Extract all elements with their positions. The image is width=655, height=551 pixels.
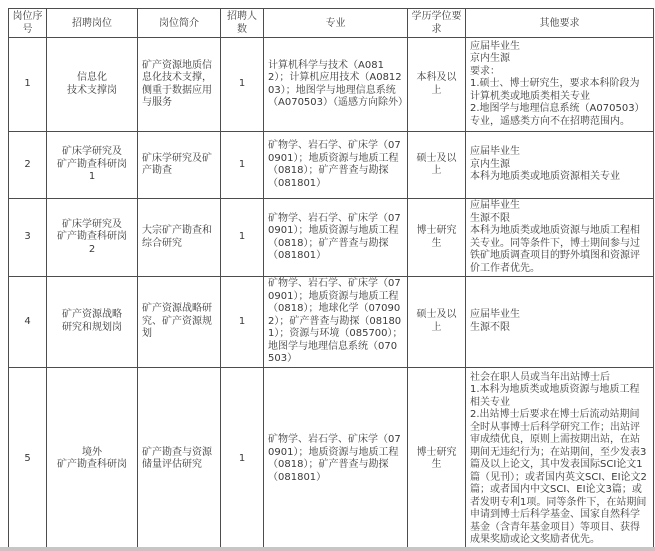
cell-degree: 博士研究生	[408, 199, 466, 277]
header-degree: 学历学位要求	[408, 9, 466, 38]
cell-degree: 博士研究生	[408, 367, 466, 551]
cell-major: 计算机科学与技术（A0812）；计算机应用技术（A081203）；地图学与地理信…	[264, 38, 408, 132]
cell-post-title: 矿床学研究及 矿产勘查科研岗 1	[47, 132, 138, 199]
cell-post-title: 境外 矿产勘查科研岗	[47, 367, 138, 551]
cell-post-desc: 矿产资源战略研究、矿产资源规划	[138, 277, 221, 368]
table-row: 4 矿产资源战略 研究和规划岗 矿产资源战略研究、矿产资源规划 1 矿物学、岩石…	[9, 277, 654, 368]
cell-other-requirements: 应届毕业生 京内生源 要求： 1.硕士、博士研究生，要求本科阶段为计算机类或地质…	[466, 38, 654, 132]
recruitment-table-container: 岗位序号 招聘岗位 岗位简介 招聘人数 专业 学历学位要求 其他要求 1 信息化…	[8, 8, 654, 551]
table-row: 3 矿床学研究及 矿产勘查科研岗 2 大宗矿产勘查和综合研究 1 矿物学、岩石学…	[9, 199, 654, 277]
cell-headcount: 1	[221, 38, 264, 132]
cell-post-title: 矿床学研究及 矿产勘查科研岗 2	[47, 199, 138, 277]
cell-post-desc: 矿床学研究及矿产勘查	[138, 132, 221, 199]
cell-other-requirements: 社会在职人员或当年出站博士后 1.本科为地质类或地质资源与地质工程相关专业 2.…	[466, 367, 654, 551]
cell-degree: 本科及以上	[408, 38, 466, 132]
cell-major: 矿物学、岩石学、矿床学（070901）；地质资源与地质工程（0818）；矿产普查…	[264, 199, 408, 277]
cell-post-no: 5	[9, 367, 47, 551]
table-row: 1 信息化 技术支撑岗 矿产资源地质信息化技术支撑，侧重于数据应用与服务 1 计…	[9, 38, 654, 132]
cell-other-requirements: 应届毕业生 生源不限	[466, 277, 654, 368]
cell-other-requirements: 应届毕业生 京内生源 本科为地质类或地质资源相关专业	[466, 132, 654, 199]
header-post-title: 招聘岗位	[47, 9, 138, 38]
header-major: 专业	[264, 9, 408, 38]
header-post-desc: 岗位简介	[138, 9, 221, 38]
cell-post-desc: 大宗矿产勘查和综合研究	[138, 199, 221, 277]
cell-headcount: 1	[221, 367, 264, 551]
cell-post-title: 矿产资源战略 研究和规划岗	[47, 277, 138, 368]
cell-post-no: 1	[9, 38, 47, 132]
cell-post-desc: 矿产资源地质信息化技术支撑，侧重于数据应用与服务	[138, 38, 221, 132]
cell-post-no: 3	[9, 199, 47, 277]
cell-post-no: 4	[9, 277, 47, 368]
cell-other-requirements: 应届毕业生 生源不限 本科为地质类或地质资源与地质工程相关专业。同等条件下，博士…	[466, 199, 654, 277]
cell-major: 矿物学、岩石学、矿床学（070901）；地质资源与地质工程（0818）；矿产普查…	[264, 132, 408, 199]
header-post-no: 岗位序号	[9, 9, 47, 38]
cell-headcount: 1	[221, 199, 264, 277]
recruitment-table: 岗位序号 招聘岗位 岗位简介 招聘人数 专业 学历学位要求 其他要求 1 信息化…	[8, 8, 654, 551]
cell-degree: 硕士及以上	[408, 132, 466, 199]
header-row: 岗位序号 招聘岗位 岗位简介 招聘人数 专业 学历学位要求 其他要求	[9, 9, 654, 38]
cell-degree: 硕士及以上	[408, 277, 466, 368]
cell-post-no: 2	[9, 132, 47, 199]
table-row: 2 矿床学研究及 矿产勘查科研岗 1 矿床学研究及矿产勘查 1 矿物学、岩石学、…	[9, 132, 654, 199]
page-bottom-edge	[0, 547, 655, 551]
cell-post-desc: 矿产勘查与资源储量评估研究	[138, 367, 221, 551]
header-headcount: 招聘人数	[221, 9, 264, 38]
cell-headcount: 1	[221, 277, 264, 368]
cell-major: 矿物学、岩石学、矿床学（070901）；地质资源与地质工程（0818）；矿产普查…	[264, 367, 408, 551]
cell-major: 矿物学、岩石学、矿床学（070901）；地质资源与地质工程（0818）；地球化学…	[264, 277, 408, 368]
table-row: 5 境外 矿产勘查科研岗 矿产勘查与资源储量评估研究 1 矿物学、岩石学、矿床学…	[9, 367, 654, 551]
cell-headcount: 1	[221, 132, 264, 199]
cell-post-title: 信息化 技术支撑岗	[47, 38, 138, 132]
header-other-requirements: 其他要求	[466, 9, 654, 38]
